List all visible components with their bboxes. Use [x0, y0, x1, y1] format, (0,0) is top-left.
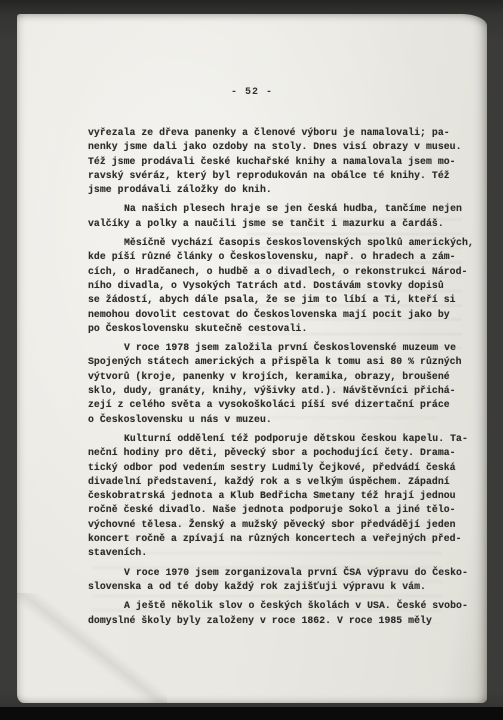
page-number: - 52 -	[17, 87, 487, 98]
text-line: po Československu skutečně cestovali.	[88, 322, 460, 336]
paragraph: Na našich plesech hraje se jen česká hud…	[88, 202, 460, 231]
paragraph: Kulturní oddělení též podporuje dětskou …	[88, 432, 460, 561]
text-line: domyslné školy byly založeny v roce 1862…	[88, 614, 460, 628]
text-line: V roce 1978 jsem založila první Českoslo…	[88, 341, 460, 355]
text-line: valčíky a polky a naučili jsme se tančit…	[88, 217, 460, 231]
text-line: slovenska a od té doby každý rok zajišťu…	[88, 580, 460, 594]
text-line: kde píší různé články o Československu, …	[88, 250, 460, 264]
text-line: nemohou dovolit cestovat do Českoslovens…	[88, 308, 460, 322]
text-line: českobratrská jednota a Klub Bedřicha Sm…	[88, 489, 460, 503]
text-line: V roce 1970 jsem zorganizovala první ČSA…	[88, 566, 460, 580]
text-line: o Československu u nás v muzeu.	[88, 413, 460, 427]
paragraph: V roce 1978 jsem založila první Českoslo…	[88, 341, 460, 427]
text-line: tický odbor pod vedením sestry Ludmily Č…	[88, 461, 460, 475]
text-line: se žádostí, abych dále psala, že se jim …	[88, 293, 460, 307]
paragraph: Měsíčně vychází časopis československých…	[88, 236, 460, 336]
text-line: Kulturní oddělení též podporuje dětskou …	[88, 432, 460, 446]
document-page: - 52 - vyřezala ze dřeva panenky a členo…	[17, 14, 487, 703]
text-line: jsme prodávali záložky do knih.	[88, 183, 460, 197]
text-line: koncert ročně a zpívají na různých konce…	[88, 532, 460, 546]
text-line: vyřezala ze dřeva panenky a členové výbo…	[88, 126, 460, 140]
text-line: sklo, dudy, granáty, knihy, výšivky atd.…	[88, 384, 460, 398]
body-text: vyřezala ze dřeva panenky a členové výbo…	[88, 126, 460, 633]
text-line: výchovné tělesa. Ženský a mužský pěvecký…	[88, 518, 460, 532]
text-line: Měsíčně vychází časopis československých…	[88, 236, 460, 250]
text-line: staveních.	[88, 546, 460, 560]
text-line: Též jsme prodávali české kuchařské knihy…	[88, 155, 460, 169]
text-line: divadelní představení, každý rok a s vel…	[88, 475, 460, 489]
text-line: ročně české divadlo. Naše jednota podpor…	[88, 503, 460, 517]
text-line: nenky jsme dali jako ozdoby na stoly. Dn…	[88, 140, 460, 154]
text-line: cích, o Hradčanech, o hudbě a o divadlec…	[88, 265, 460, 279]
text-line: A ještě několik slov o českých školách v…	[88, 599, 460, 613]
text-line: Spojených státech amerických a přispěla …	[88, 355, 460, 369]
text-line: ravský svéráz, který byl reprodukován na…	[88, 169, 460, 183]
scan-edge-strip	[0, 707, 503, 720]
text-line: výtvorů (kroje, panenky v krojích, keram…	[88, 370, 460, 384]
text-line: Na našich plesech hraje se jen česká hud…	[88, 202, 460, 216]
scan-background: - 52 - vyřezala ze dřeva panenky a členo…	[0, 0, 503, 720]
paragraph: V roce 1970 jsem zorganizovala první ČSA…	[88, 566, 460, 595]
paragraph: A ještě několik slov o českých školách v…	[88, 599, 460, 628]
text-line: neční hodiny pro děti, pěvecký sbor a po…	[88, 446, 460, 460]
text-line: ního divadla, o Vysokých Tatrách atd. Do…	[88, 279, 460, 293]
paragraph: vyřezala ze dřeva panenky a členové výbo…	[88, 126, 460, 197]
text-line: zejí z celého světa a vysokoškoláci píší…	[88, 398, 460, 412]
